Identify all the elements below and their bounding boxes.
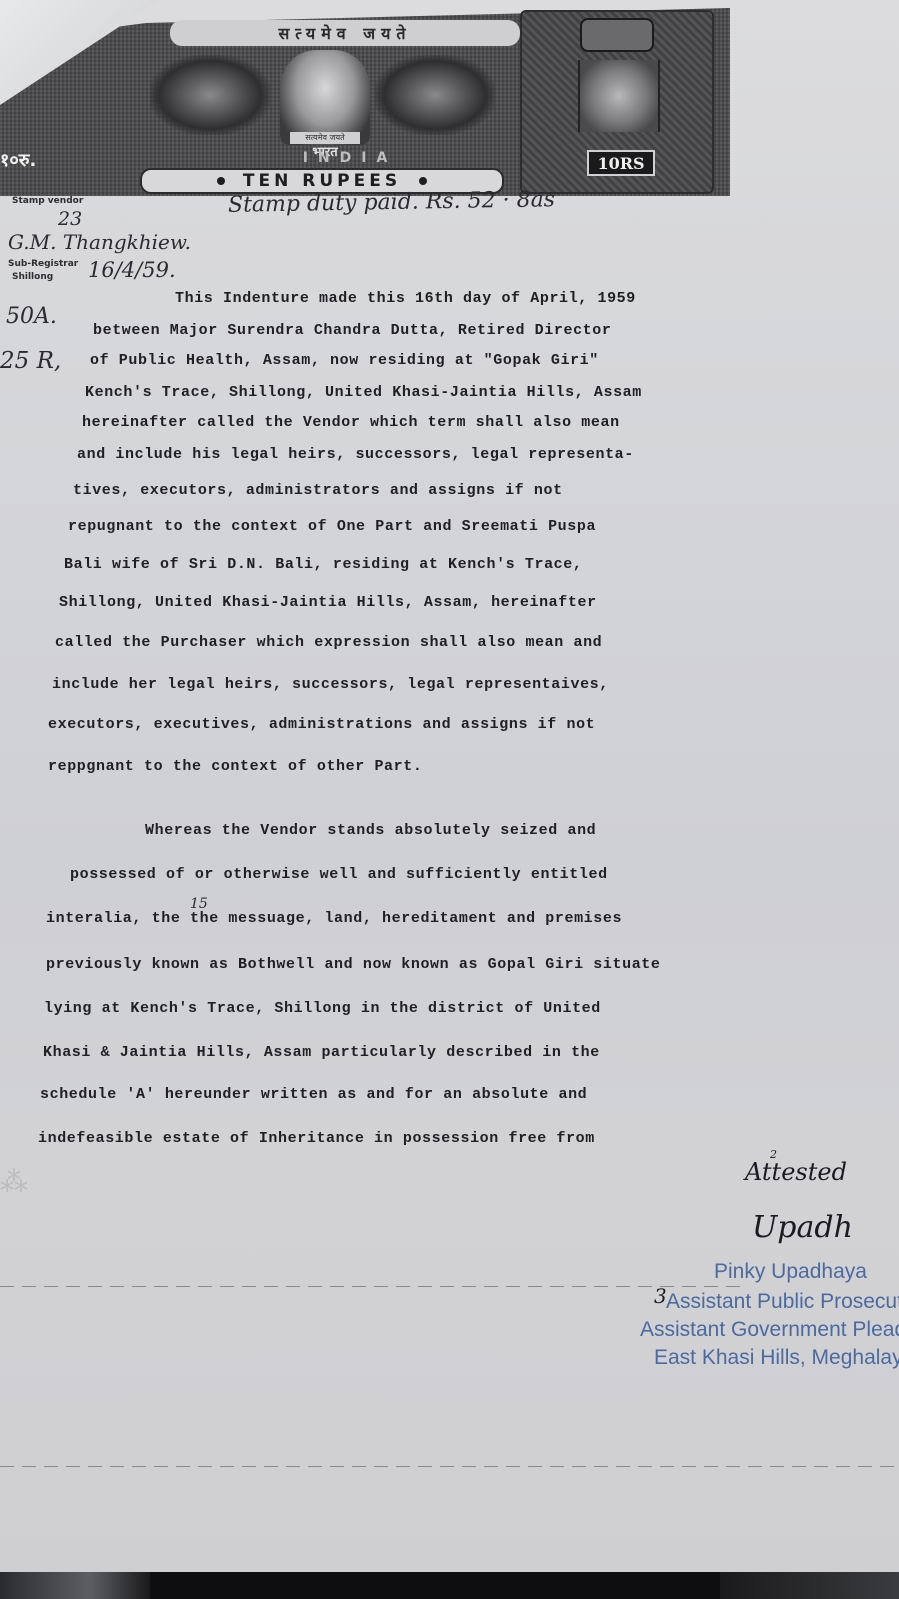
typed-line: Shillong, United Khasi-Jaintia Hills, As… bbox=[59, 594, 597, 611]
margin-number: 23 bbox=[58, 208, 82, 230]
registrar-date: 16/4/59. bbox=[88, 258, 176, 282]
stamp-ornament-right bbox=[375, 55, 495, 135]
stamp-left-value: १०रु. bbox=[0, 148, 60, 172]
attested-mark-3: 3 bbox=[654, 1284, 667, 1308]
typed-line: executors, executives, administrations a… bbox=[48, 716, 595, 733]
typed-line: tives, executors, administrators and ass… bbox=[73, 482, 563, 499]
bullet-icon bbox=[419, 177, 427, 185]
typed-line: and include his legal heirs, successors,… bbox=[77, 446, 634, 463]
stamp-ornament-left bbox=[150, 55, 270, 135]
attestation-stamp-line3: East Khasi Hills, Meghalaya bbox=[654, 1346, 899, 1370]
typed-line: between Major Surendra Chandra Dutta, Re… bbox=[93, 322, 611, 339]
typed-line: Bali wife of Sri D.N. Bali, residing at … bbox=[64, 556, 582, 573]
document-page: सत्यमेव जयते सत्यमेव जयते भारत INDIA TEN… bbox=[0, 0, 899, 1572]
typed-line: hereinafter called the Vendor which term… bbox=[82, 414, 620, 431]
typed-line: Khasi & Jaintia Hills, Assam particularl… bbox=[43, 1044, 600, 1061]
stamp-floral-ornament-icon bbox=[578, 60, 660, 132]
margin-print-shillong: Shillong bbox=[12, 272, 53, 282]
stamp-duty-note: Stamp duty paid. Rs. 52 · 8as bbox=[228, 187, 555, 218]
cloth-fold bbox=[720, 1572, 899, 1599]
typed-line: Whereas the Vendor stands absolutely sei… bbox=[145, 822, 596, 839]
typed-line: called the Purchaser which expression sh… bbox=[55, 634, 602, 651]
typed-line: repugnant to the context of One Part and… bbox=[68, 518, 596, 535]
margin-print-sub-registrar: Sub-Registrar bbox=[8, 259, 78, 269]
dotted-rule bbox=[0, 1466, 899, 1467]
ashoka-emblem-icon bbox=[280, 50, 370, 145]
registrar-signature: G.M. Thangkhiew. bbox=[8, 230, 191, 254]
stamp-denomination-text: TEN RUPEES bbox=[243, 171, 401, 191]
correction-note: 15 bbox=[190, 896, 208, 912]
stamp-top-banner: सत्यमेव जयते bbox=[170, 20, 520, 46]
background-surface bbox=[0, 1572, 899, 1599]
typed-line: schedule 'A' hereunder written as and fo… bbox=[40, 1086, 587, 1103]
typed-line: indefeasible estate of Inheritance in po… bbox=[38, 1130, 595, 1147]
stamp-country-label: INDIA bbox=[200, 150, 500, 166]
typed-line: Kench's Trace, Shillong, United Khasi-Ja… bbox=[85, 384, 642, 401]
attesting-signature: Upadh bbox=[752, 1210, 853, 1245]
typed-line: include her legal heirs, successors, leg… bbox=[52, 676, 609, 693]
margin-note-50a: 50A. bbox=[6, 304, 57, 329]
bullet-icon bbox=[217, 177, 225, 185]
faint-ink-impression: ⁂ bbox=[0, 1165, 28, 1198]
margin-print-stamp-vendor: Stamp vendor bbox=[12, 196, 83, 206]
typed-line: interalia, the the messuage, land, hered… bbox=[46, 910, 622, 927]
cloth-fold bbox=[0, 1572, 150, 1599]
attestation-stamp-line2: Assistant Government Pleader bbox=[640, 1318, 899, 1342]
typed-line: This Indenture made this 16th day of Apr… bbox=[175, 290, 636, 307]
typed-line: possessed of or otherwise well and suffi… bbox=[70, 866, 608, 883]
stamp-monogram-icon bbox=[580, 18, 654, 52]
emblem-motto: सत्यमेव जयते bbox=[290, 132, 360, 144]
dotted-rule bbox=[0, 1286, 740, 1287]
typed-line: previously known as Bothwell and now kno… bbox=[46, 956, 661, 973]
typed-line: lying at Kench's Trace, Shillong in the … bbox=[44, 1000, 601, 1017]
stamp-value-badge: 10RS bbox=[587, 150, 655, 176]
margin-note-25r: 25 R, bbox=[0, 348, 61, 374]
attestation-stamp-line1: Assistant Public Prosecutor bbox=[666, 1290, 899, 1314]
typed-line: reppgnant to the context of other Part. bbox=[48, 758, 422, 775]
attestation-stamp-name: Pinky Upadhaya bbox=[714, 1260, 867, 1284]
attested-mark-2: 2 bbox=[770, 1148, 777, 1161]
attested-note: Attested bbox=[745, 1158, 847, 1186]
typed-line: of Public Health, Assam, now residing at… bbox=[90, 352, 599, 369]
